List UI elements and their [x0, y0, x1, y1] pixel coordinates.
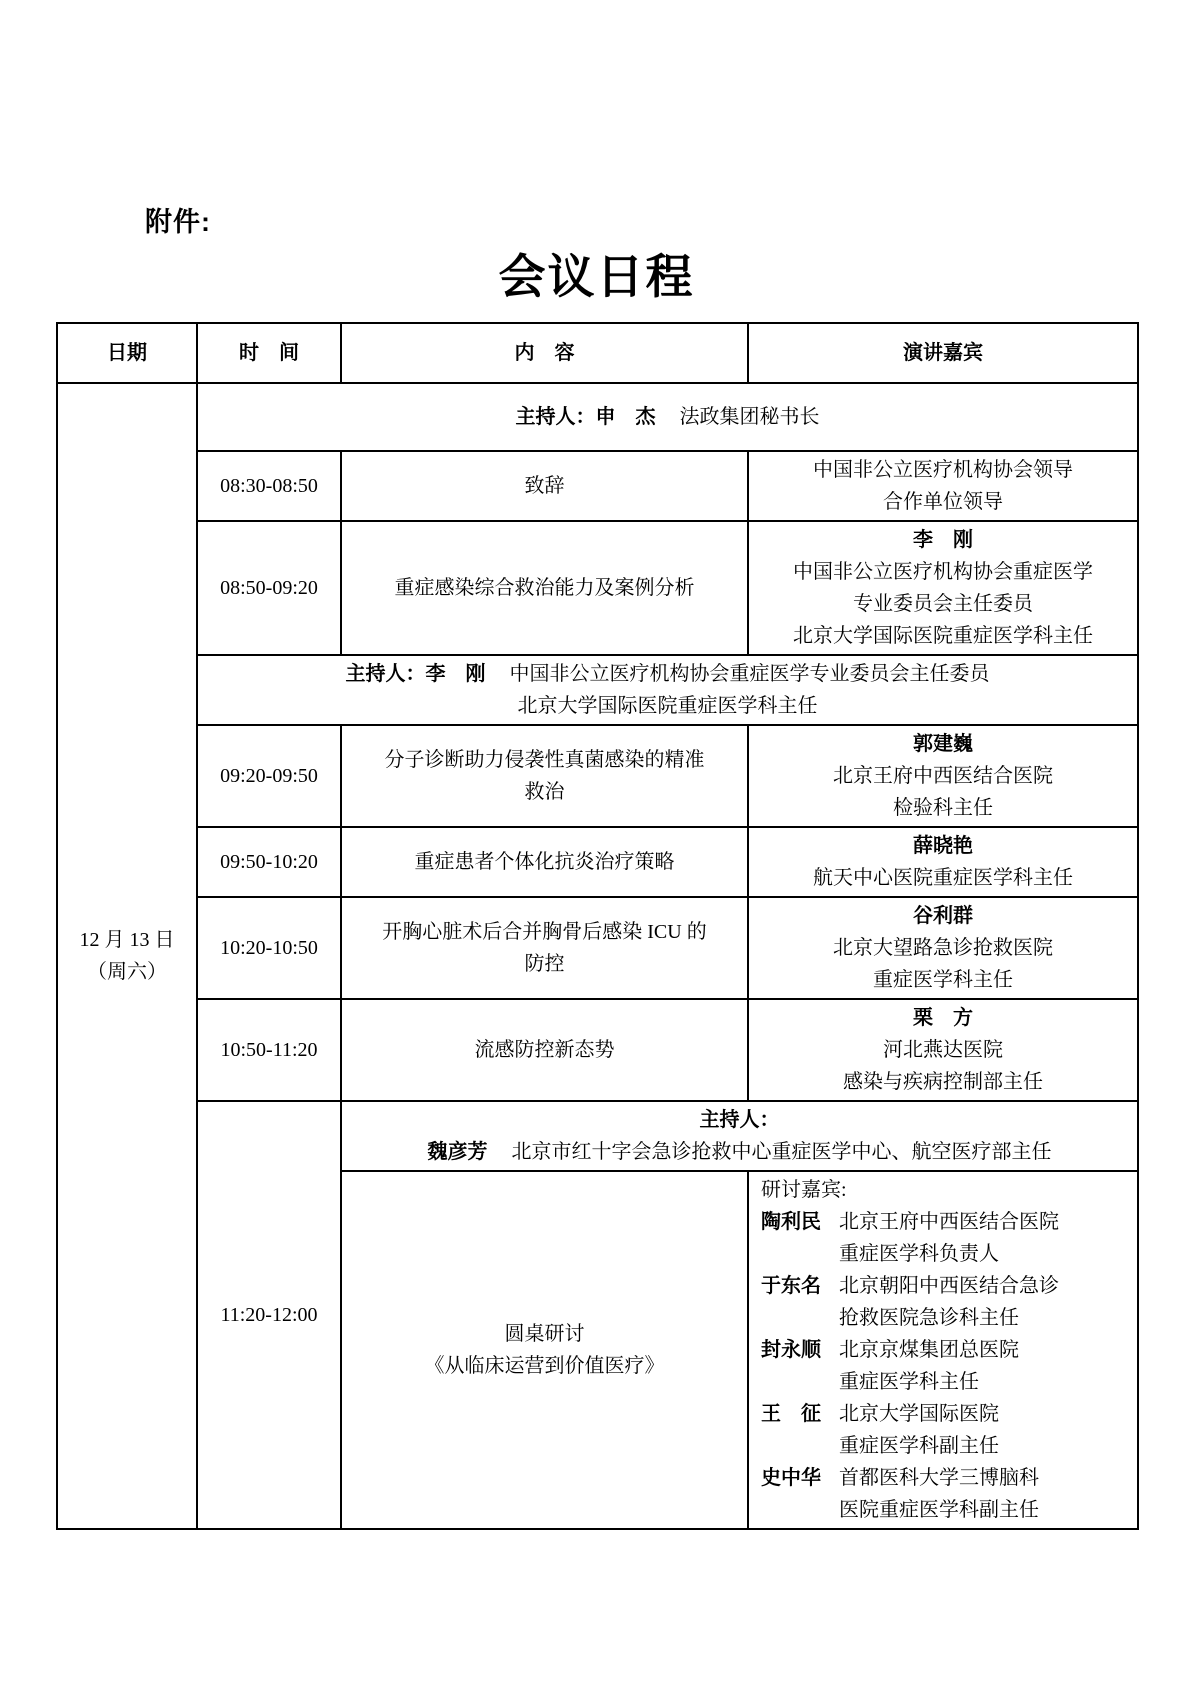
moderator-wei-name: 魏彦芳: [428, 1141, 488, 1163]
panelist-desc: 北京王府中西医结合医院 重症医学科负责人: [839, 1206, 1131, 1270]
panelist-desc-line: 首都医科大学三博脑科: [839, 1462, 1131, 1494]
schedule-table: 日期 时 间 内 容 演讲嘉宾 12 月 13 日 （周六） 主持人：申 杰法政…: [56, 322, 1139, 1530]
document-page: 附件: 会议日程 日期 时 间 内 容 演讲嘉宾 12 月 13 日 （周六） …: [0, 0, 1190, 1683]
panelist-desc-line: 重症医学科副主任: [839, 1430, 1131, 1462]
moderator-row-wei: 11:20-12:00 主持人： 魏彦芳北京市红十字会急诊抢救中心重症医学中心、…: [57, 1101, 1138, 1171]
panel-label: 研讨嘉宾:: [761, 1174, 1131, 1206]
header-date: 日期: [57, 323, 197, 383]
speaker-line: 北京王府中西医结合医院: [757, 760, 1129, 792]
speaker-line: 中国非公立医疗机构协会重症医学: [757, 556, 1129, 588]
header-speakers: 演讲嘉宾: [748, 323, 1138, 383]
speaker-name: 栗 方: [757, 1002, 1129, 1034]
moderator-li-line-1: 主持人：李 刚中国非公立医疗机构协会重症医学专业委员会主任委员: [206, 658, 1129, 690]
moderator-li-label: 主持人：李 刚: [346, 663, 486, 685]
content-line: 开胸心脏术后合并胸骨后感染 ICU 的: [350, 916, 739, 948]
content-line: 分子诊断助力侵袭性真菌感染的精准: [350, 744, 739, 776]
moderator-li-desc-1: 中国非公立医疗机构协会重症医学专业委员会主任委员: [510, 663, 990, 685]
content-cell: 重症感染综合救治能力及案例分析: [341, 521, 748, 655]
panelist-row: 史中华 首都医科大学三博脑科 医院重症医学科副主任: [761, 1462, 1131, 1526]
panelist-name: 陶利民: [761, 1206, 839, 1238]
time-cell: 11:20-12:00: [197, 1101, 341, 1529]
panelist-name: 封永顺: [761, 1334, 839, 1366]
moderator-li-cell: 主持人：李 刚中国非公立医疗机构协会重症医学专业委员会主任委员 北京大学国际医院…: [197, 655, 1138, 725]
speaker-line: 重症医学科主任: [757, 964, 1129, 996]
speaker-cell: 薛晓艳 航天中心医院重症医学科主任: [748, 827, 1138, 897]
speaker-name: 李 刚: [757, 524, 1129, 556]
speaker-name: 薛晓艳: [757, 830, 1129, 862]
time-cell: 10:20-10:50: [197, 897, 341, 999]
moderator-shen-cell: 主持人：申 杰法政集团秘书长: [197, 383, 1138, 451]
panelist-desc-line: 北京京煤集团总医院: [839, 1334, 1131, 1366]
speaker-name: 谷利群: [757, 900, 1129, 932]
panelist-desc-line: 北京大学国际医院: [839, 1398, 1131, 1430]
moderator-row-shen: 12 月 13 日 （周六） 主持人：申 杰法政集团秘书长: [57, 383, 1138, 451]
speaker-cell: 李 刚 中国非公立医疗机构协会重症医学 专业委员会主任委员 北京大学国际医院重症…: [748, 521, 1138, 655]
session-row-1020: 10:20-10:50 开胸心脏术后合并胸骨后感染 ICU 的 防控 谷利群 北…: [57, 897, 1138, 999]
header-content: 内 容: [341, 323, 748, 383]
speaker-name: 郭建巍: [757, 728, 1129, 760]
content-cell: 开胸心脏术后合并胸骨后感染 ICU 的 防控: [341, 897, 748, 999]
speaker-cell: 谷利群 北京大望路急诊抢救医院 重症医学科主任: [748, 897, 1138, 999]
content-cell: 致辞: [341, 451, 748, 521]
panelist-row: 王 征 北京大学国际医院 重症医学科副主任: [761, 1398, 1131, 1462]
speaker-line: 河北燕达医院: [757, 1034, 1129, 1066]
panelist-row: 陶利民 北京王府中西医结合医院 重症医学科负责人: [761, 1206, 1131, 1270]
speaker-line: 航天中心医院重症医学科主任: [757, 862, 1129, 894]
speaker-line: 感染与疾病控制部主任: [757, 1066, 1129, 1098]
moderator-shen-desc: 法政集团秘书长: [680, 406, 820, 428]
panelist-name: 王 征: [761, 1398, 839, 1430]
session-row-0850: 08:50-09:20 重症感染综合救治能力及案例分析 李 刚 中国非公立医疗机…: [57, 521, 1138, 655]
panelist-desc-line: 重症医学科主任: [839, 1366, 1131, 1398]
session-row-0950: 09:50-10:20 重症患者个体化抗炎治疗策略 薛晓艳 航天中心医院重症医学…: [57, 827, 1138, 897]
session-row-0830: 08:30-08:50 致辞 中国非公立医疗机构协会领导 合作单位领导: [57, 451, 1138, 521]
panelist-desc: 首都医科大学三博脑科 医院重症医学科副主任: [839, 1462, 1131, 1526]
time-cell: 09:50-10:20: [197, 827, 341, 897]
panelist-desc-line: 抢救医院急诊科主任: [839, 1302, 1131, 1334]
content-line: 《从临床运营到价值医疗》: [350, 1350, 739, 1382]
panelist-desc-line: 北京朝阳中西医结合急诊: [839, 1270, 1131, 1302]
page-title: 会议日程: [56, 240, 1137, 307]
panelist-desc: 北京大学国际医院 重症医学科副主任: [839, 1398, 1131, 1462]
speaker-line: 北京大学国际医院重症医学科主任: [757, 620, 1129, 652]
panelist-desc: 北京朝阳中西医结合急诊 抢救医院急诊科主任: [839, 1270, 1131, 1334]
panelist-desc-line: 北京王府中西医结合医院: [839, 1206, 1131, 1238]
time-cell: 09:20-09:50: [197, 725, 341, 827]
speaker-cell: 栗 方 河北燕达医院 感染与疾病控制部主任: [748, 999, 1138, 1101]
speaker-line: 中国非公立医疗机构协会领导: [757, 454, 1129, 486]
moderator-wei-desc: 北京市红十字会急诊抢救中心重症医学中心、航空医疗部主任: [512, 1141, 1052, 1163]
moderator-shen-label: 主持人：申 杰: [516, 406, 656, 428]
panelist-desc: 北京京煤集团总医院 重症医学科主任: [839, 1334, 1131, 1398]
moderator-wei-label: 主持人：: [350, 1104, 1129, 1136]
attachment-label: 附件:: [145, 200, 211, 239]
content-cell: 分子诊断助力侵袭性真菌感染的精准 救治: [341, 725, 748, 827]
speaker-cell: 郭建巍 北京王府中西医结合医院 检验科主任: [748, 725, 1138, 827]
content-cell: 流感防控新态势: [341, 999, 748, 1101]
date-line-2: （周六）: [66, 956, 188, 988]
panelist-desc-line: 重症医学科负责人: [839, 1238, 1131, 1270]
speaker-cell: 中国非公立医疗机构协会领导 合作单位领导: [748, 451, 1138, 521]
date-cell: 12 月 13 日 （周六）: [57, 383, 197, 1529]
session-row-1050: 10:50-11:20 流感防控新态势 栗 方 河北燕达医院 感染与疾病控制部主…: [57, 999, 1138, 1101]
moderator-wei-cell: 主持人： 魏彦芳北京市红十字会急诊抢救中心重症医学中心、航空医疗部主任: [341, 1101, 1138, 1171]
header-time: 时 间: [197, 323, 341, 383]
speaker-line: 合作单位领导: [757, 486, 1129, 518]
moderator-row-li: 主持人：李 刚中国非公立医疗机构协会重症医学专业委员会主任委员 北京大学国际医院…: [57, 655, 1138, 725]
speaker-line: 北京大望路急诊抢救医院: [757, 932, 1129, 964]
panelist-row: 封永顺 北京京煤集团总医院 重症医学科主任: [761, 1334, 1131, 1398]
panelist-name: 史中华: [761, 1462, 839, 1494]
moderator-li-desc-2: 北京大学国际医院重症医学科主任: [206, 690, 1129, 722]
panelist-row: 于东名 北京朝阳中西医结合急诊 抢救医院急诊科主任: [761, 1270, 1131, 1334]
date-line-1: 12 月 13 日: [66, 924, 188, 956]
content-line: 圆桌研讨: [350, 1318, 739, 1350]
panel-speakers-cell: 研讨嘉宾: 陶利民 北京王府中西医结合医院 重症医学科负责人 于东名 北京朝阳中…: [748, 1171, 1138, 1529]
content-line: 防控: [350, 948, 739, 980]
panelist-desc-line: 医院重症医学科副主任: [839, 1494, 1131, 1526]
content-cell: 圆桌研讨 《从临床运营到价值医疗》: [341, 1171, 748, 1529]
time-cell: 08:30-08:50: [197, 451, 341, 521]
content-cell: 重症患者个体化抗炎治疗策略: [341, 827, 748, 897]
header-row: 日期 时 间 内 容 演讲嘉宾: [57, 323, 1138, 383]
speaker-line: 专业委员会主任委员: [757, 588, 1129, 620]
speaker-line: 检验科主任: [757, 792, 1129, 824]
panelist-name: 于东名: [761, 1270, 839, 1302]
time-cell: 08:50-09:20: [197, 521, 341, 655]
session-row-0920: 09:20-09:50 分子诊断助力侵袭性真菌感染的精准 救治 郭建巍 北京王府…: [57, 725, 1138, 827]
moderator-wei-line-2: 魏彦芳北京市红十字会急诊抢救中心重症医学中心、航空医疗部主任: [350, 1136, 1129, 1168]
content-line: 救治: [350, 776, 739, 808]
time-cell: 10:50-11:20: [197, 999, 341, 1101]
